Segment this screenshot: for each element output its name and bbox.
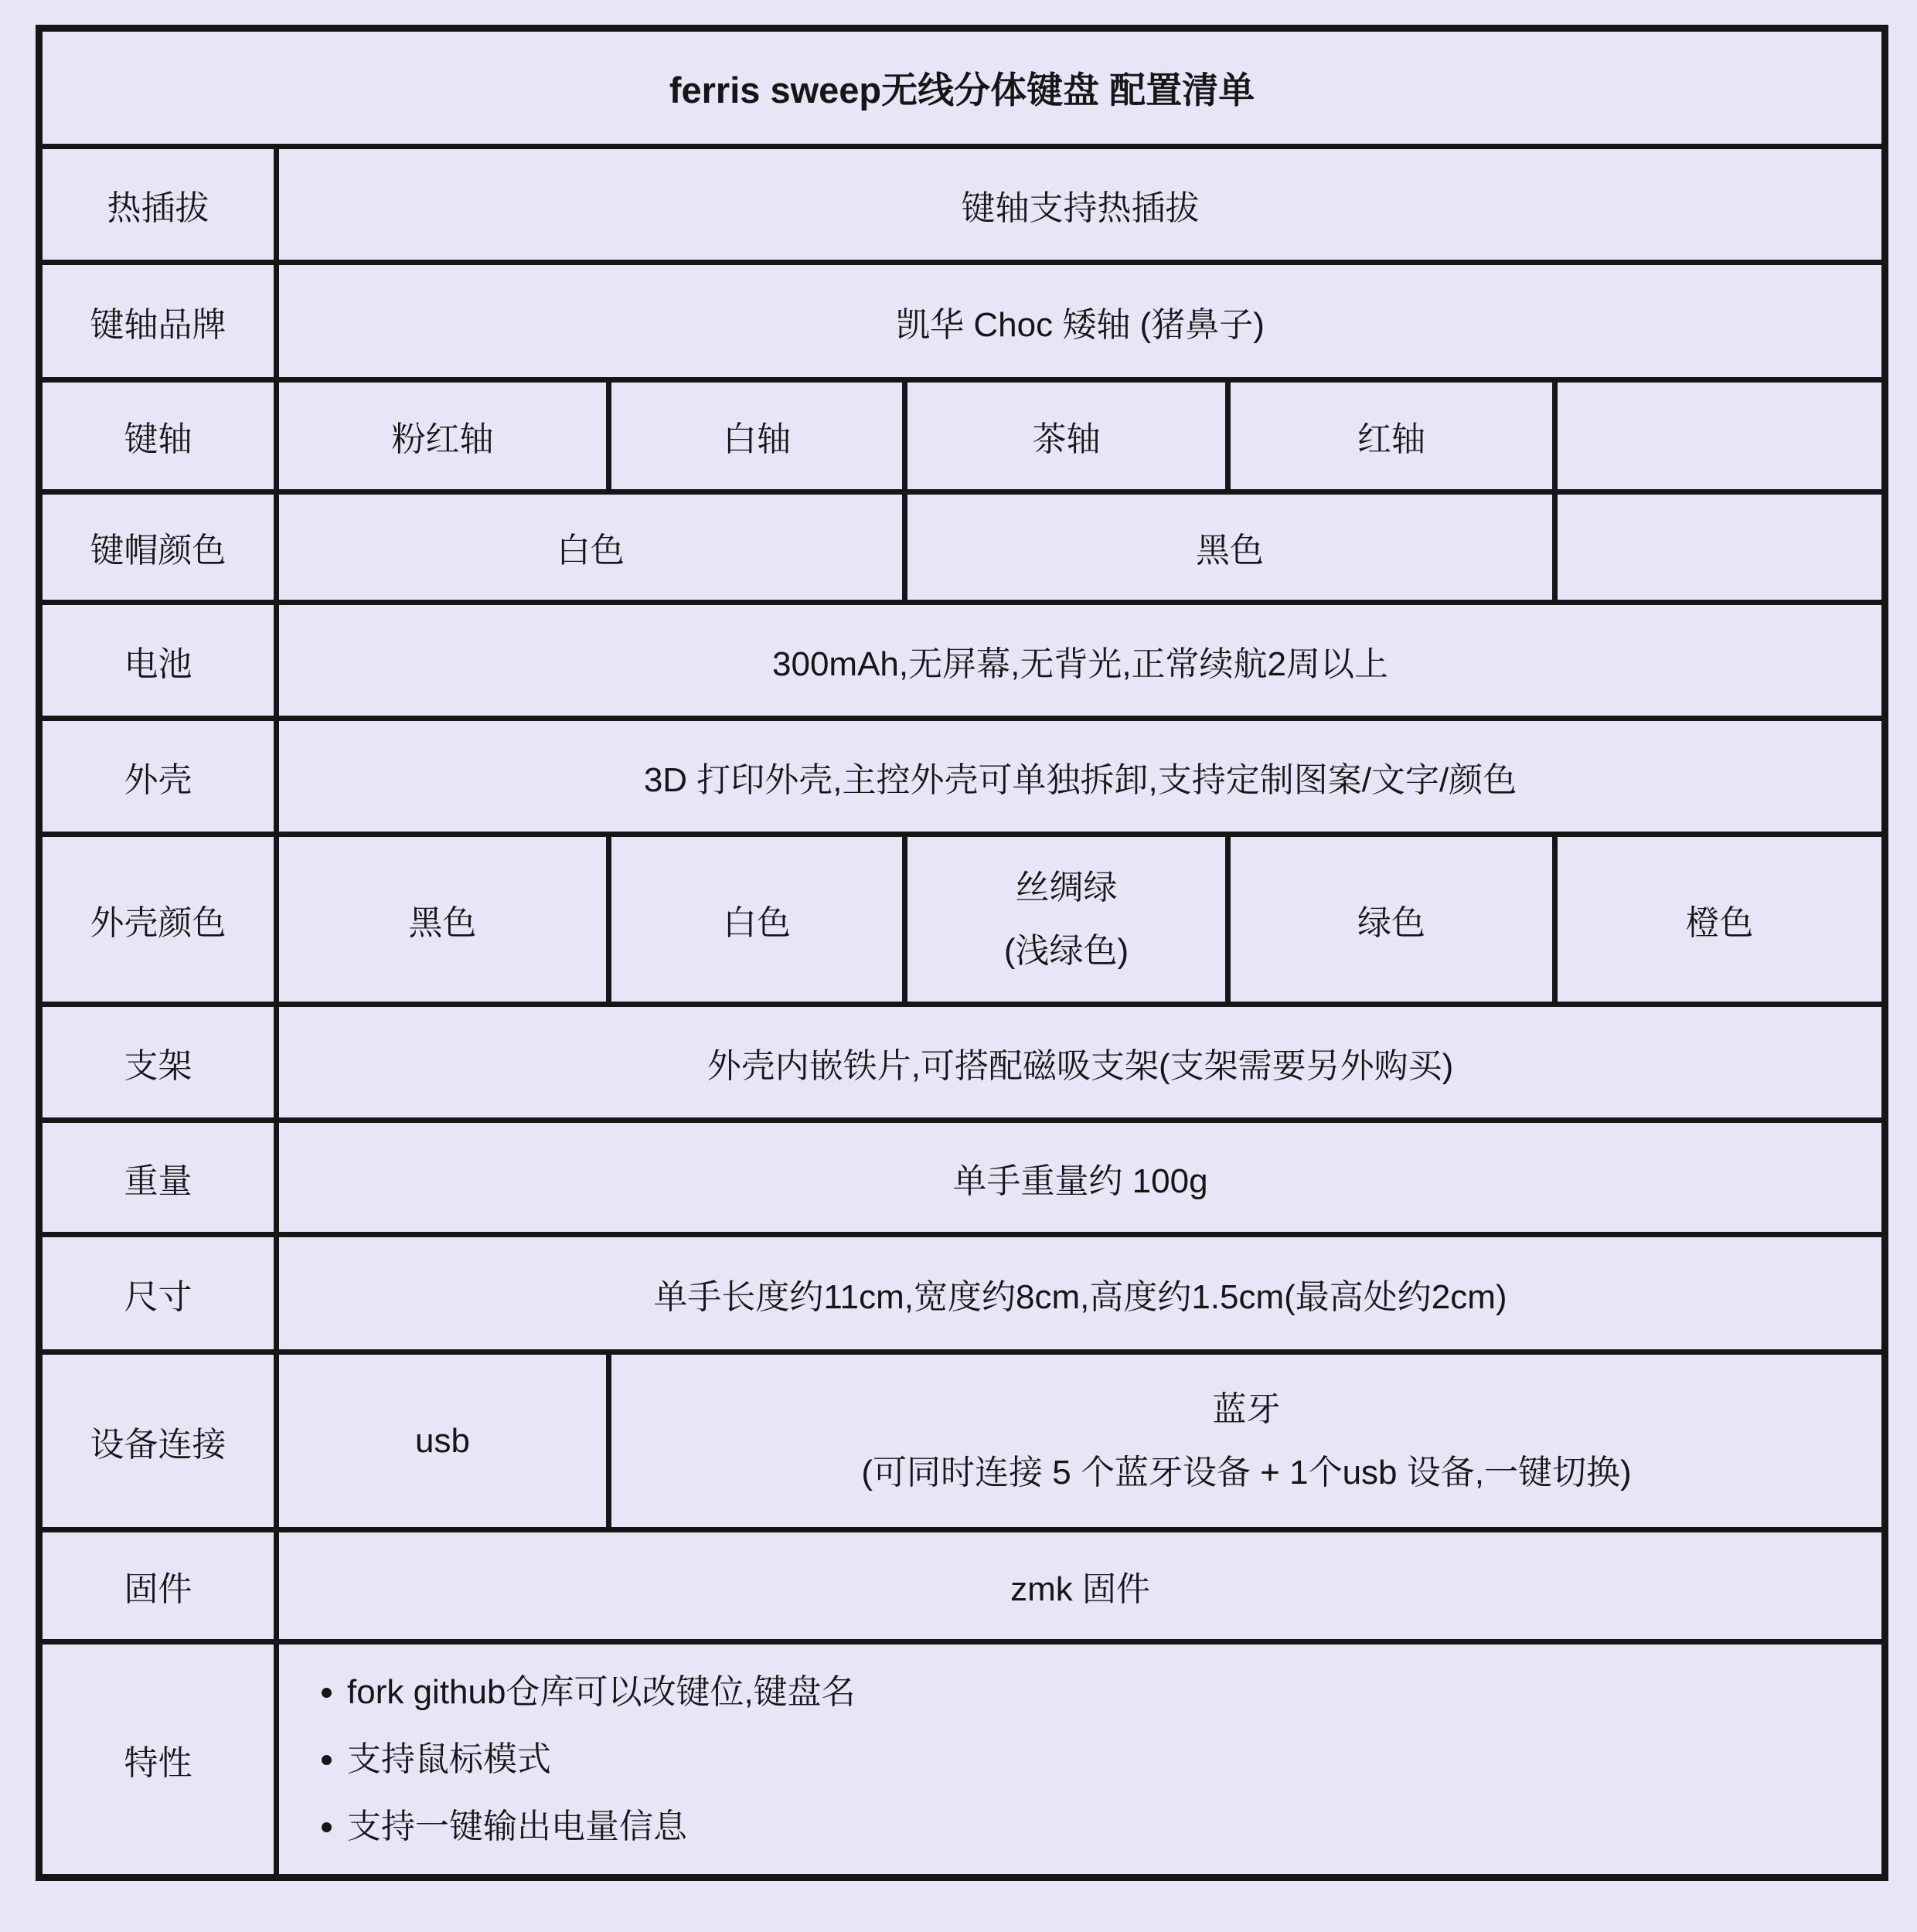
- size-label: 尺寸: [39, 1235, 277, 1352]
- connection-label: 设备连接: [39, 1352, 277, 1530]
- row-stand: 支架 外壳内嵌铁片,可搭配磁吸支架(支架需要另外购买): [39, 1005, 1885, 1121]
- feature-item: 支持一键输出电量信息: [347, 1804, 1875, 1849]
- page-title: ferris sweep无线分体键盘 配置清单: [39, 29, 1885, 147]
- size-value: 单手长度约11cm,宽度约8cm,高度约1.5cm(最高处约2cm): [277, 1235, 1885, 1352]
- keycap-option-white: 白色: [277, 492, 905, 603]
- stand-value: 外壳内嵌铁片,可搭配磁吸支架(支架需要另外购买): [277, 1005, 1885, 1121]
- switch-brand-value: 凯华 Choc 矮轴 (猪鼻子): [277, 263, 1885, 380]
- features-label: 特性: [39, 1642, 277, 1878]
- keycap-option-black: 黑色: [905, 492, 1555, 603]
- features-list-cell: fork github仓库可以改键位,键盘名 支持鼠标模式 支持一键输出电量信息: [277, 1642, 1885, 1878]
- stand-label: 支架: [39, 1005, 277, 1121]
- row-case: 外壳 3D 打印外壳,主控外壳可单独拆卸,支持定制图案/文字/颜色: [39, 719, 1885, 835]
- case-color-orange: 橙色: [1555, 835, 1885, 1005]
- features-list: fork github仓库可以改键位,键盘名 支持鼠标模式 支持一键输出电量信息: [298, 1670, 1875, 1849]
- case-color-silk-green-line2: (浅绿色): [1004, 932, 1129, 970]
- case-color-silk-green-line1: 丝绸绿: [1016, 869, 1118, 906]
- row-battery: 电池 300mAh,无屏幕,无背光,正常续航2周以上: [39, 603, 1885, 719]
- feature-item: 支持鼠标模式: [347, 1737, 1875, 1781]
- row-features: 特性 fork github仓库可以改键位,键盘名 支持鼠标模式 支持一键输出电…: [39, 1642, 1885, 1878]
- hot-swap-label: 热插拔: [39, 147, 277, 263]
- row-keycap-colors: 键帽颜色 白色 黑色: [39, 492, 1885, 603]
- weight-label: 重量: [39, 1121, 277, 1235]
- switch-option-white: 白轴: [609, 380, 905, 492]
- feature-item: fork github仓库可以改键位,键盘名: [347, 1670, 1875, 1714]
- switches-label: 键轴: [39, 380, 277, 492]
- case-colors-label: 外壳颜色: [39, 835, 277, 1005]
- firmware-label: 固件: [39, 1530, 277, 1642]
- keycap-colors-label: 键帽颜色: [39, 492, 277, 603]
- battery-value: 300mAh,无屏幕,无背光,正常续航2周以上: [277, 603, 1885, 719]
- connection-bluetooth: 蓝牙 (可同时连接 5 个蓝牙设备 + 1个usb 设备,一键切换): [609, 1352, 1885, 1530]
- case-color-white: 白色: [609, 835, 905, 1005]
- row-firmware: 固件 zmk 固件: [39, 1530, 1885, 1642]
- row-size: 尺寸 单手长度约11cm,宽度约8cm,高度约1.5cm(最高处约2cm): [39, 1235, 1885, 1352]
- row-weight: 重量 单手重量约 100g: [39, 1121, 1885, 1235]
- connection-bluetooth-line1: 蓝牙: [1213, 1390, 1281, 1428]
- row-switches: 键轴 粉红轴 白轴 茶轴 红轴: [39, 380, 1885, 492]
- row-connection: 设备连接 usb 蓝牙 (可同时连接 5 个蓝牙设备 + 1个usb 设备,一键…: [39, 1352, 1885, 1530]
- keycap-option-empty-cell: [1555, 492, 1885, 603]
- case-label: 外壳: [39, 719, 277, 835]
- switch-option-empty-cell: [1555, 380, 1885, 492]
- switch-option-brown: 茶轴: [905, 380, 1228, 492]
- connection-bluetooth-line2: (可同时连接 5 个蓝牙设备 + 1个usb 设备,一键切换): [861, 1454, 1631, 1492]
- switch-brand-label: 键轴品牌: [39, 263, 277, 380]
- spec-table: ferris sweep无线分体键盘 配置清单 热插拔 键轴支持热插拔 键轴品牌…: [36, 25, 1888, 1881]
- firmware-value: zmk 固件: [277, 1530, 1885, 1642]
- hot-swap-value: 键轴支持热插拔: [277, 147, 1885, 263]
- title-row: ferris sweep无线分体键盘 配置清单: [39, 29, 1885, 147]
- battery-label: 电池: [39, 603, 277, 719]
- switch-option-red: 红轴: [1228, 380, 1555, 492]
- switch-option-pink: 粉红轴: [277, 380, 609, 492]
- case-color-green: 绿色: [1228, 835, 1555, 1005]
- row-hot-swap: 热插拔 键轴支持热插拔: [39, 147, 1885, 263]
- case-value: 3D 打印外壳,主控外壳可单独拆卸,支持定制图案/文字/颜色: [277, 719, 1885, 835]
- row-switch-brand: 键轴品牌 凯华 Choc 矮轴 (猪鼻子): [39, 263, 1885, 380]
- case-color-silk-green: 丝绸绿 (浅绿色): [905, 835, 1228, 1005]
- case-color-black: 黑色: [277, 835, 609, 1005]
- weight-value: 单手重量约 100g: [277, 1121, 1885, 1235]
- connection-usb: usb: [277, 1352, 609, 1530]
- row-case-colors: 外壳颜色 黑色 白色 丝绸绿 (浅绿色) 绿色 橙色: [39, 835, 1885, 1005]
